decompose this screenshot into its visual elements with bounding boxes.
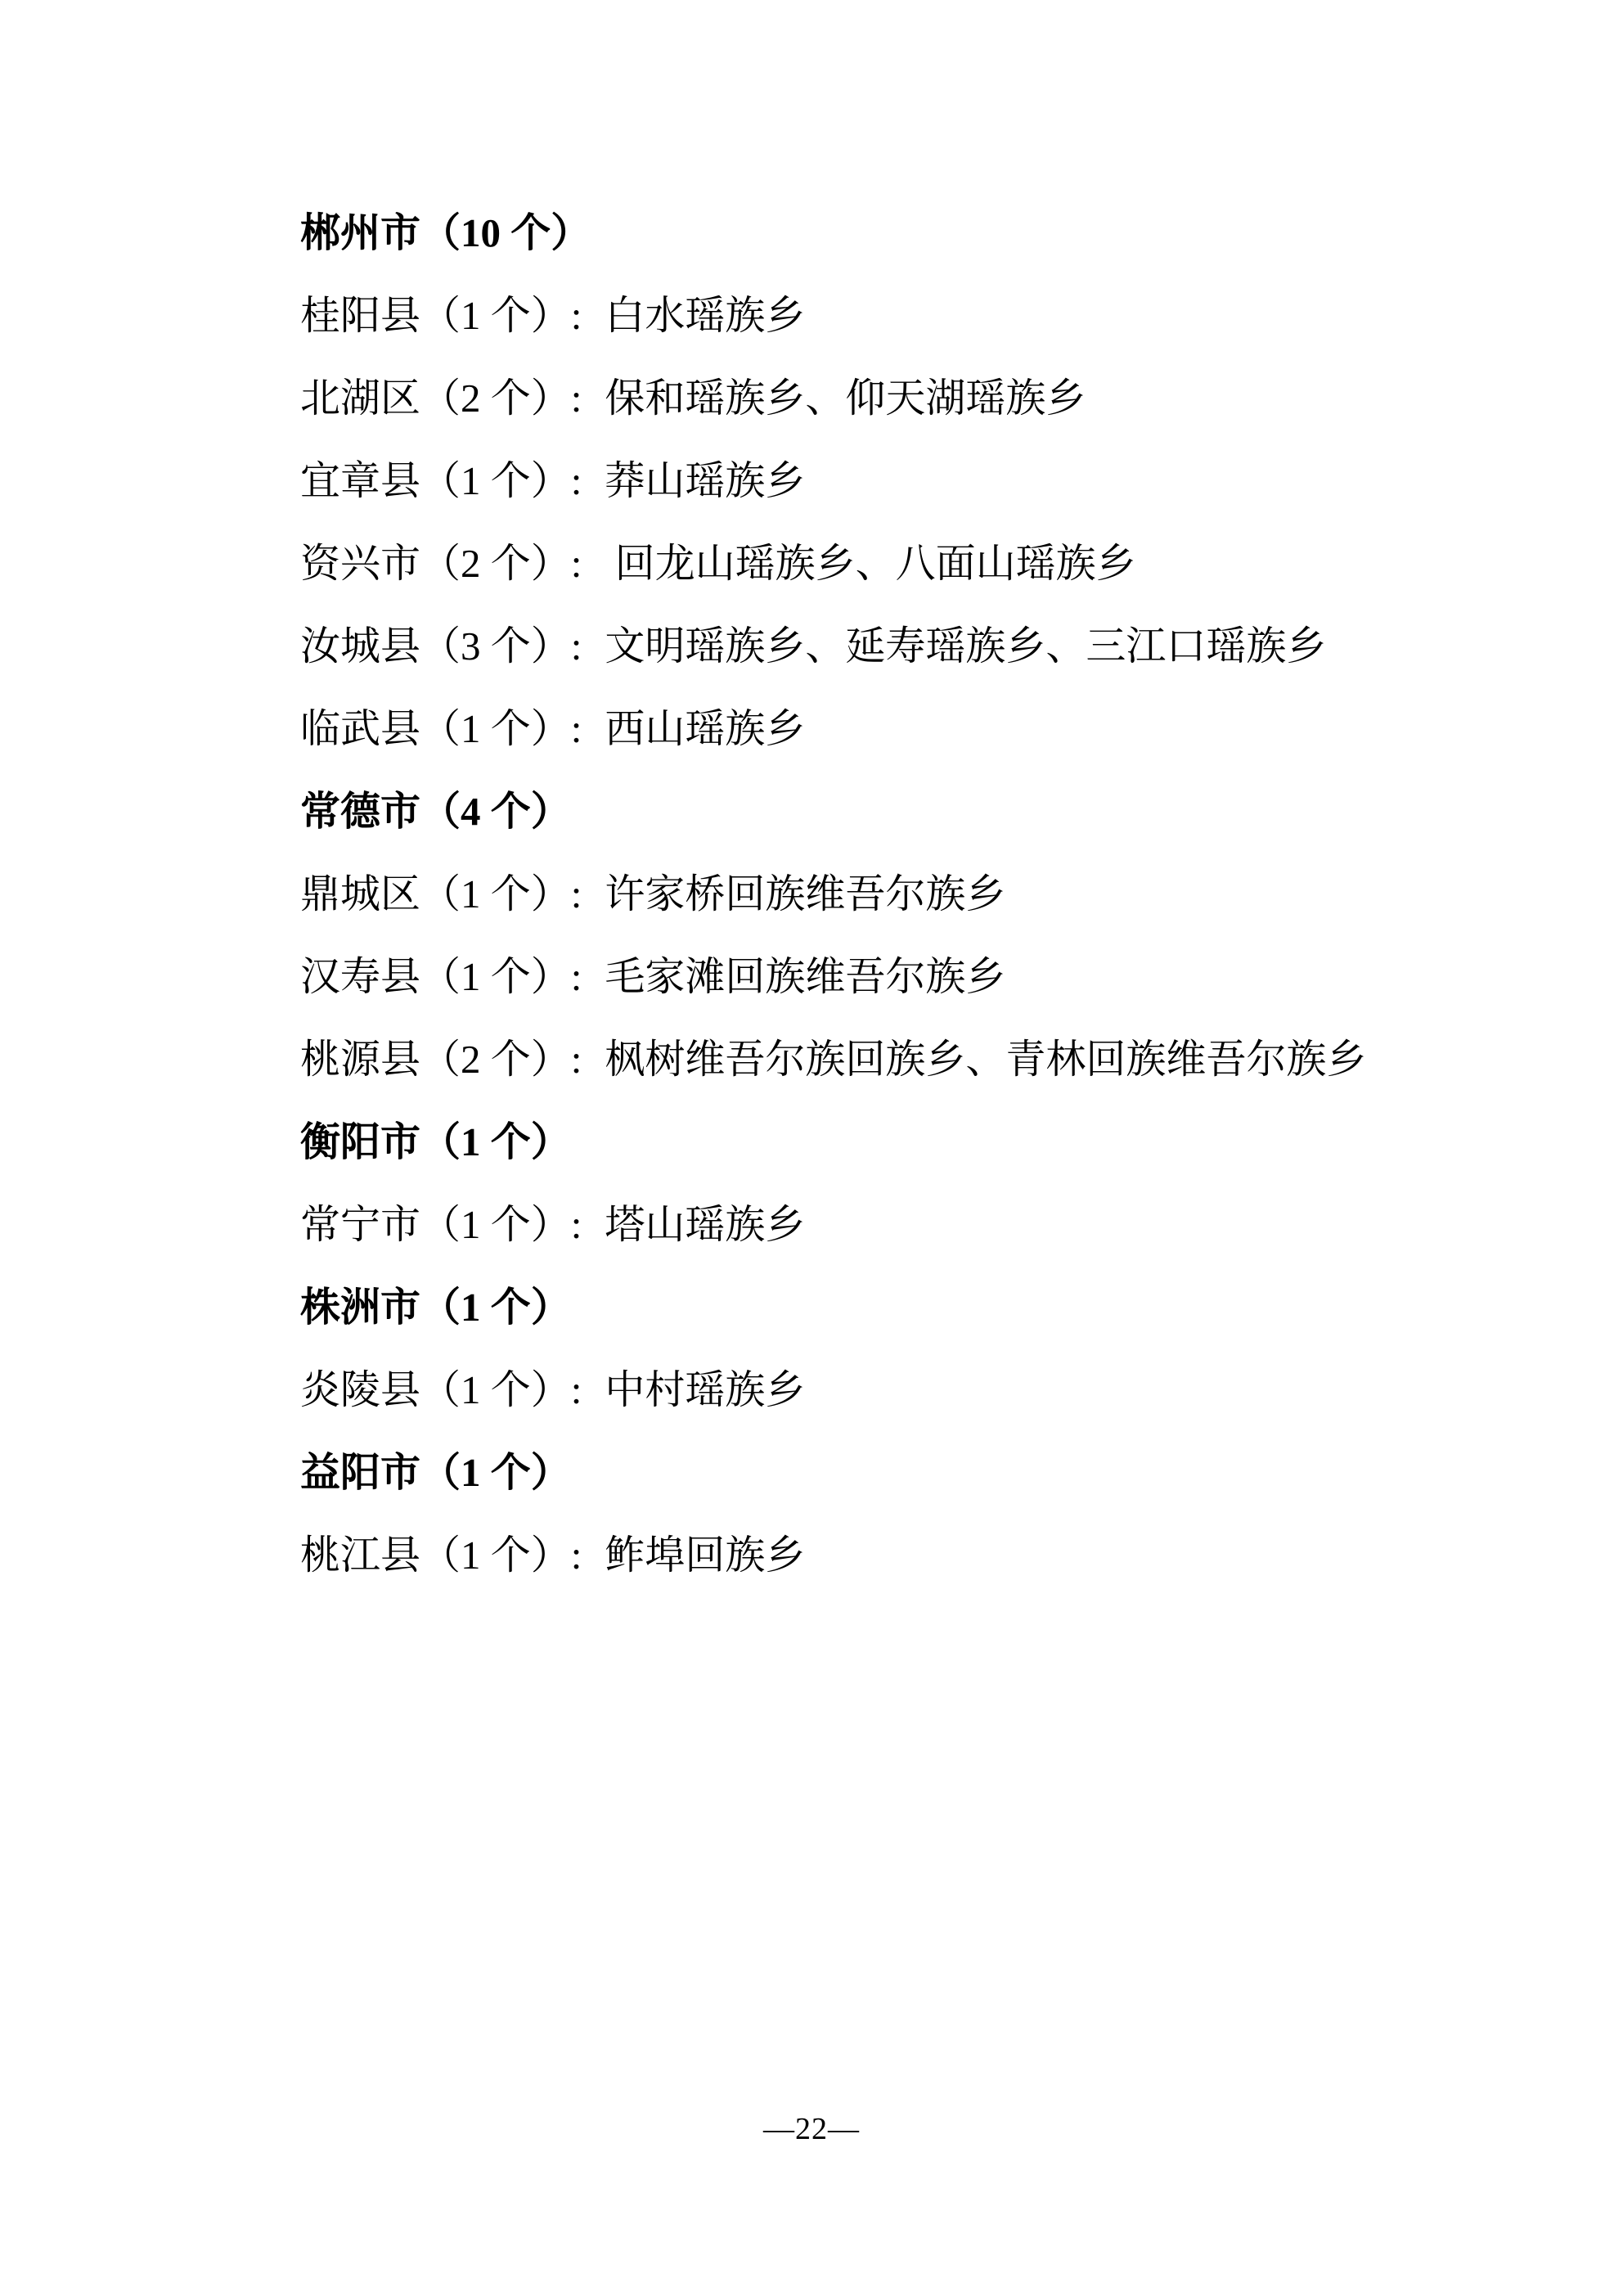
entry-county: 临武县 xyxy=(300,706,420,751)
entry-townships: 许家桥回族维吾尔族乡 xyxy=(605,871,1005,916)
entry-townships: 文明瑶族乡、延寿瑶族乡、三江口瑶族乡 xyxy=(605,624,1326,669)
city-count: （10 个） xyxy=(420,210,591,255)
city-heading: 株洲市（1 个） xyxy=(300,1266,1527,1348)
city-name: 益阳市 xyxy=(300,1450,420,1495)
entry-count: （1 个）: xyxy=(420,706,582,751)
entry-county: 汉寿县 xyxy=(300,954,420,999)
entry-county: 鼎城区 xyxy=(300,871,420,916)
entry-county: 桃源县 xyxy=(300,1037,420,1082)
entry-townships: 西山瑶族乡 xyxy=(605,706,805,751)
entry-line: 资兴市（2 个）: 回龙山瑶族乡、八面山瑶族乡 xyxy=(300,522,1527,605)
entry-count: （2 个）: xyxy=(420,1037,582,1082)
city-name: 株洲市 xyxy=(300,1285,420,1330)
city-count: （1 个） xyxy=(420,1119,571,1164)
document-body: 郴州市（10 个） 桂阳县（1 个）:白水瑶族乡 北湖区（2 个）:保和瑶族乡、… xyxy=(300,191,1527,1596)
entry-townships: 塔山瑶族乡 xyxy=(605,1202,805,1247)
entry-townships: 中村瑶族乡 xyxy=(605,1367,805,1412)
document-page: 郴州市（10 个） 桂阳县（1 个）:白水瑶族乡 北湖区（2 个）:保和瑶族乡、… xyxy=(0,0,1623,2296)
entry-townships: 枫树维吾尔族回族乡、青林回族维吾尔族乡 xyxy=(605,1037,1366,1082)
city-heading: 郴州市（10 个） xyxy=(300,191,1527,274)
entry-line: 鼎城区（1 个）:许家桥回族维吾尔族乡 xyxy=(300,853,1527,935)
entry-line: 汝城县（3 个）:文明瑶族乡、延寿瑶族乡、三江口瑶族乡 xyxy=(300,605,1527,687)
entry-count: （1 个）: xyxy=(420,293,582,338)
entry-count: （3 个）: xyxy=(420,624,582,669)
entry-county: 桂阳县 xyxy=(300,293,420,338)
entry-county: 桃江县 xyxy=(300,1533,420,1578)
entry-count: （2 个）: xyxy=(420,541,582,586)
city-heading: 益阳市（1 个） xyxy=(300,1431,1527,1514)
entry-count: （1 个）: xyxy=(420,1202,582,1247)
entry-line: 炎陵县（1 个）:中村瑶族乡 xyxy=(300,1348,1527,1431)
entry-line: 桃源县（2 个）:枫树维吾尔族回族乡、青林回族维吾尔族乡 xyxy=(300,1018,1527,1101)
entry-line: 桃江县（1 个）:鲊埠回族乡 xyxy=(300,1514,1527,1596)
entry-county: 北湖区 xyxy=(300,376,420,421)
entry-count: （2 个）: xyxy=(420,376,582,421)
entry-line: 汉寿县（1 个）:毛家滩回族维吾尔族乡 xyxy=(300,935,1527,1018)
city-count: （1 个） xyxy=(420,1450,571,1495)
entry-townships: 毛家滩回族维吾尔族乡 xyxy=(605,954,1005,999)
entry-county: 汝城县 xyxy=(300,624,420,669)
entry-county: 资兴市 xyxy=(300,541,420,586)
entry-count: （1 个）: xyxy=(420,871,582,916)
entry-townships: 回龙山瑶族乡、八面山瑶族乡 xyxy=(605,541,1135,586)
city-count: （4 个） xyxy=(420,789,571,834)
entry-count: （1 个）: xyxy=(420,458,582,503)
city-name: 郴州市 xyxy=(300,210,420,255)
entry-count: （1 个）: xyxy=(420,954,582,999)
page-number: —22— xyxy=(0,2096,1623,2162)
entry-count: （1 个）: xyxy=(420,1367,582,1412)
entry-line: 桂阳县（1 个）:白水瑶族乡 xyxy=(300,274,1527,357)
entry-count: （1 个）: xyxy=(420,1533,582,1578)
entry-county: 宜章县 xyxy=(300,458,420,503)
entry-line: 常宁市（1 个）:塔山瑶族乡 xyxy=(300,1183,1527,1266)
entry-line: 北湖区（2 个）:保和瑶族乡、仰天湖瑶族乡 xyxy=(300,357,1527,439)
entry-county: 常宁市 xyxy=(300,1202,420,1247)
entry-county: 炎陵县 xyxy=(300,1367,420,1412)
city-heading: 常德市（4 个） xyxy=(300,770,1527,853)
city-name: 衡阳市 xyxy=(300,1119,420,1164)
city-count: （1 个） xyxy=(420,1285,571,1330)
entry-townships: 白水瑶族乡 xyxy=(605,293,805,338)
entry-townships: 保和瑶族乡、仰天湖瑶族乡 xyxy=(605,376,1086,421)
city-heading: 衡阳市（1 个） xyxy=(300,1101,1527,1183)
entry-line: 宜章县（1 个）:莽山瑶族乡 xyxy=(300,439,1527,522)
city-name: 常德市 xyxy=(300,789,420,834)
entry-line: 临武县（1 个）:西山瑶族乡 xyxy=(300,687,1527,770)
entry-townships: 鲊埠回族乡 xyxy=(605,1533,805,1578)
entry-townships: 莽山瑶族乡 xyxy=(605,458,805,503)
